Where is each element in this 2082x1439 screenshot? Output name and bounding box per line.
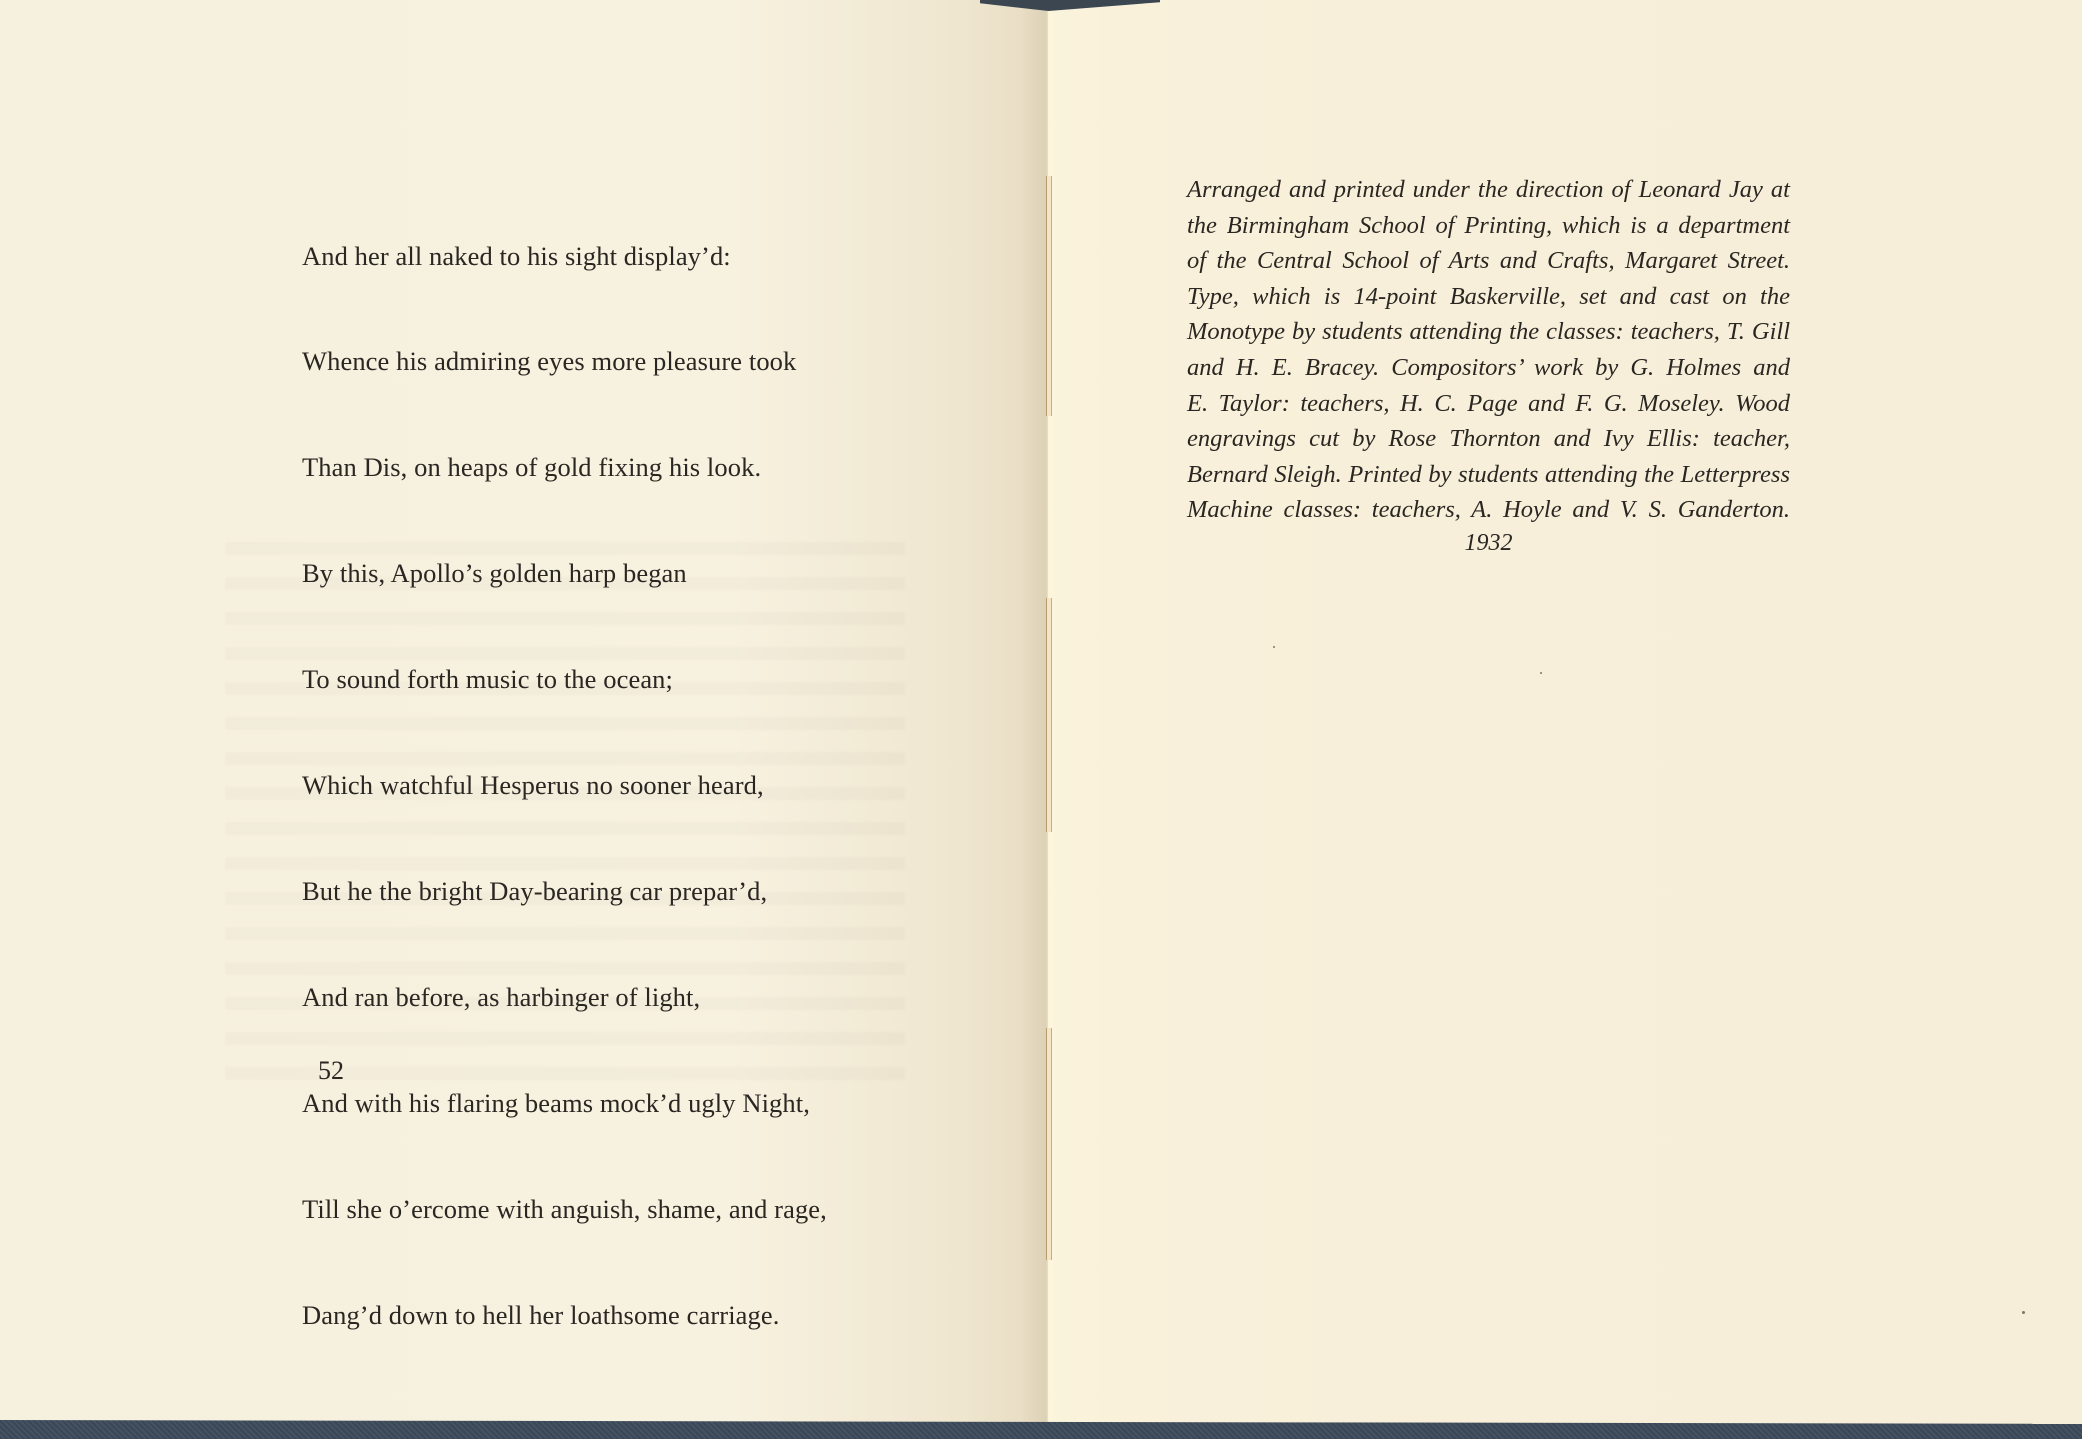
poem-verse: And her all naked to his sight display’d… [302,168,827,1403]
colophon-line: and H. E. Bracey. Compositors’ work by G… [1187,350,1790,386]
verse-line: By this, Apollo’s golden harp began [302,556,827,591]
verse-line: And her all naked to his sight display’d… [302,239,827,274]
book-gutter [1020,0,1060,1439]
verse-line: But he the bright Day-bearing car prepar… [302,874,827,909]
paper-speck [1540,672,1542,674]
left-page: And her all naked to his sight display’d… [0,0,1048,1439]
book-spread: And her all naked to his sight display’d… [0,0,2082,1439]
verse-line: And ran before, as harbinger of light, [302,980,827,1015]
verse-line: Dang’d down to hell her loathsome carria… [302,1298,827,1333]
paper-speck [1273,646,1275,648]
verse-line: Than Dis, on heaps of gold fixing his lo… [302,450,827,485]
page-number: 52 [318,1056,344,1086]
colophon-line: of the Central School of Arts and Crafts… [1187,243,1790,279]
verse-line: Till she o’ercome with anguish, shame, a… [302,1192,827,1227]
verse-line: Whence his admiring eyes more pleasure t… [302,344,827,379]
binding-stitch [1046,176,1052,416]
verse-line: To sound forth music to the ocean; [302,662,827,697]
paper-speck [2022,1311,2025,1314]
binding-stitch [1046,598,1052,832]
colophon-line: engravings cut by Rose Thornton and Ivy … [1187,421,1790,457]
colophon-line: E. Taylor: teachers, H. C. Page and F. G… [1187,386,1790,422]
binding-stitch [1046,1028,1052,1260]
colophon-line: Machine classes: teachers, A. Hoyle and … [1187,492,1790,528]
colophon: Arranged and printed under the direction… [1187,172,1790,528]
verse-line: Which watchful Hesperus no sooner heard, [302,768,827,803]
colophon-line: the Birmingham School of Printing, which… [1187,208,1790,244]
publication-year: 1932 [1187,530,1790,557]
colophon-line: Bernard Sleigh. Printed by students atte… [1187,457,1790,493]
verse-line: And with his flaring beams mock’d ugly N… [302,1086,827,1121]
colophon-line: Type, which is 14-point Baskerville, set… [1187,279,1790,315]
colophon-line: Monotype by students attending the class… [1187,314,1790,350]
colophon-line: Arranged and printed under the direction… [1187,172,1790,208]
